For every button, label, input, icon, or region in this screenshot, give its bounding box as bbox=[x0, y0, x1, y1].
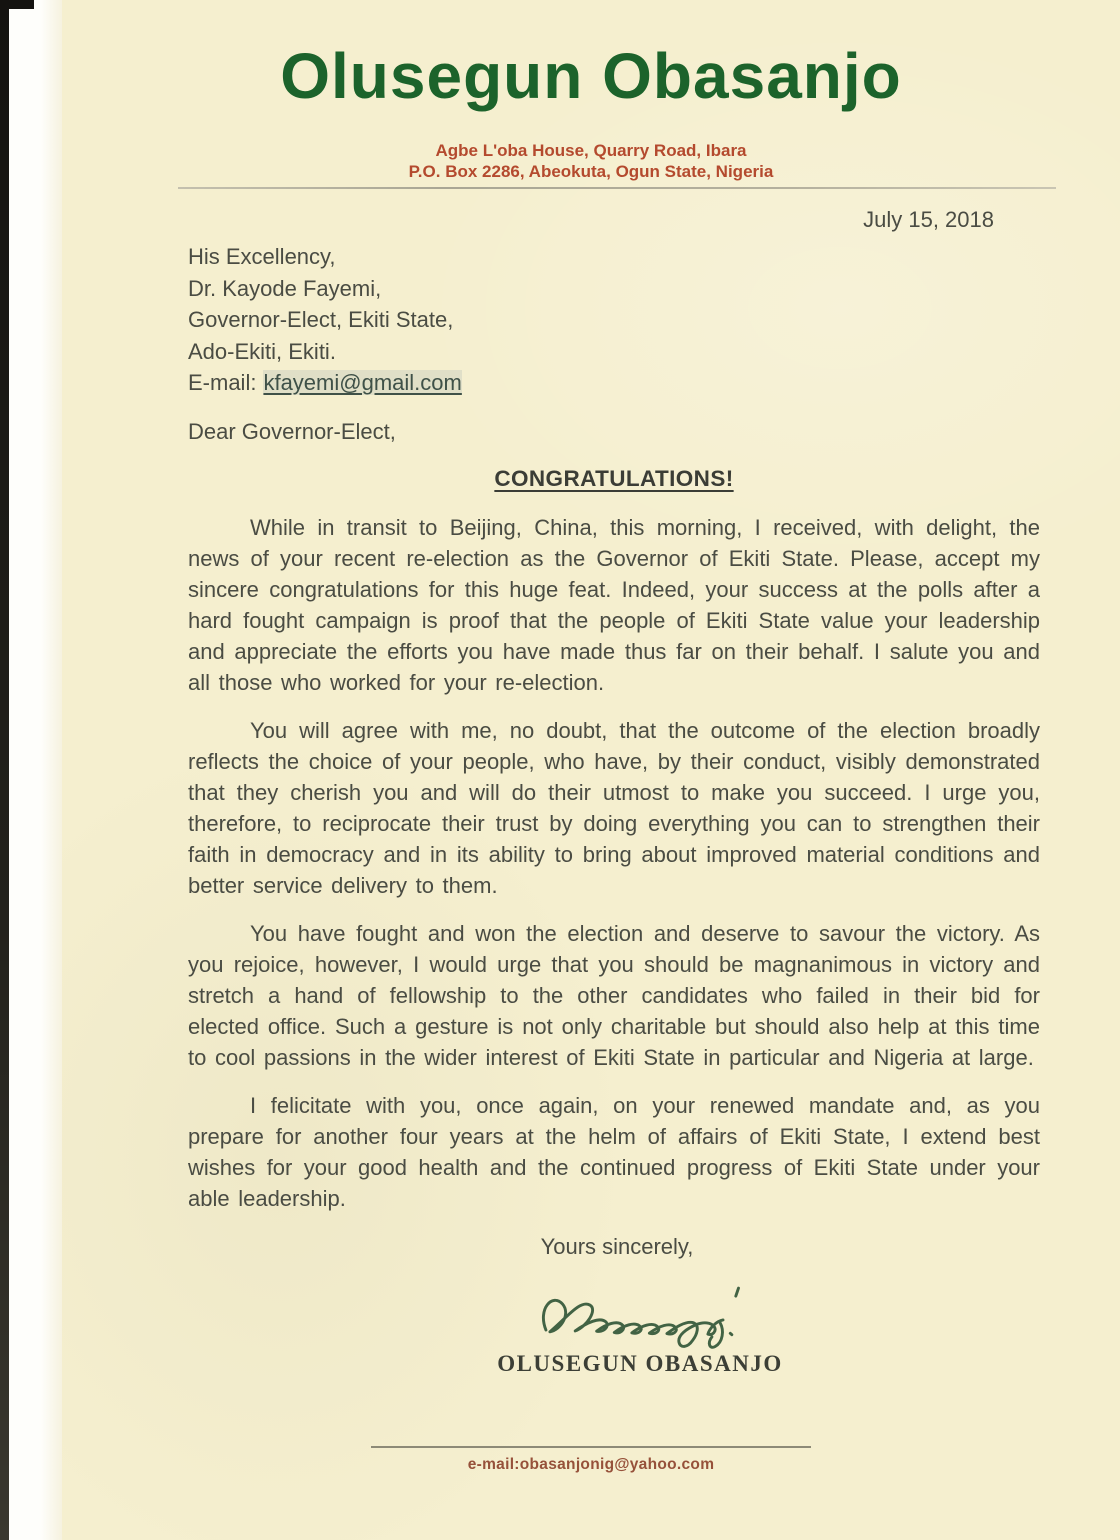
salutation: Dear Governor-Elect, bbox=[188, 416, 1040, 447]
letter-body: While in transit to Beijing, China, this… bbox=[188, 512, 1040, 1214]
recipient-block: His Excellency, Dr. Kayode Fayemi, Gover… bbox=[188, 241, 1040, 399]
letterhead-address-line1: Agbe L'oba House, Quarry Road, Ibara bbox=[62, 140, 1120, 161]
paragraph-3: You have fought and won the election and… bbox=[188, 918, 1040, 1073]
recipient-line-1: His Excellency, bbox=[188, 241, 1040, 273]
paragraph-4: I felicitate with you, once again, on yo… bbox=[188, 1090, 1040, 1214]
letter-footer: e-mail:obasanjonig@yahoo.com bbox=[165, 1446, 1017, 1474]
letterhead: Olusegun Obasanjo Agbe L'oba House, Quar… bbox=[62, 38, 1120, 182]
recipient-line-3: Governor-Elect, Ekiti State, bbox=[188, 304, 1040, 336]
recipient-line-4: Ado-Ekiti, Ekiti. bbox=[188, 336, 1040, 368]
page-edge-left bbox=[9, 0, 62, 1540]
footer-divider bbox=[371, 1446, 811, 1448]
recipient-line-2: Dr. Kayode Fayemi, bbox=[188, 273, 1040, 305]
scan-edge-left bbox=[0, 0, 9, 1540]
recipient-email-link: kfayemi@gmail.com bbox=[263, 370, 461, 395]
closing: Yours sincerely, bbox=[191, 1231, 1043, 1262]
letter-paper: Olusegun Obasanjo Agbe L'oba House, Quar… bbox=[62, 0, 1120, 1540]
scan-corner-mark bbox=[0, 0, 34, 9]
letterhead-name: Olusegun Obasanjo bbox=[62, 38, 1120, 114]
footer-email: e-mail:obasanjonig@yahoo.com bbox=[165, 1456, 1017, 1474]
letter-heading: CONGRATULATIONS! bbox=[188, 466, 1040, 492]
letterhead-address-line2: P.O. Box 2286, Abeokuta, Ogun State, Nig… bbox=[62, 161, 1120, 182]
signatory-name: OLUSEGUN OBASANJO bbox=[214, 1350, 1066, 1378]
letter-date: July 15, 2018 bbox=[188, 207, 1040, 233]
scanned-letter: Olusegun Obasanjo Agbe L'oba House, Quar… bbox=[0, 0, 1120, 1540]
signature-scribble-icon bbox=[525, 1278, 755, 1354]
paragraph-2: You will agree with me, no doubt, that t… bbox=[188, 715, 1040, 901]
paragraph-1: While in transit to Beijing, China, this… bbox=[188, 512, 1040, 698]
email-label: E-mail: bbox=[188, 370, 256, 395]
letterhead-divider bbox=[178, 187, 1056, 189]
recipient-email-line: E-mail:kfayemi@gmail.com bbox=[188, 367, 1040, 399]
signature-block: OLUSEGUN OBASANJO bbox=[214, 1278, 1066, 1378]
